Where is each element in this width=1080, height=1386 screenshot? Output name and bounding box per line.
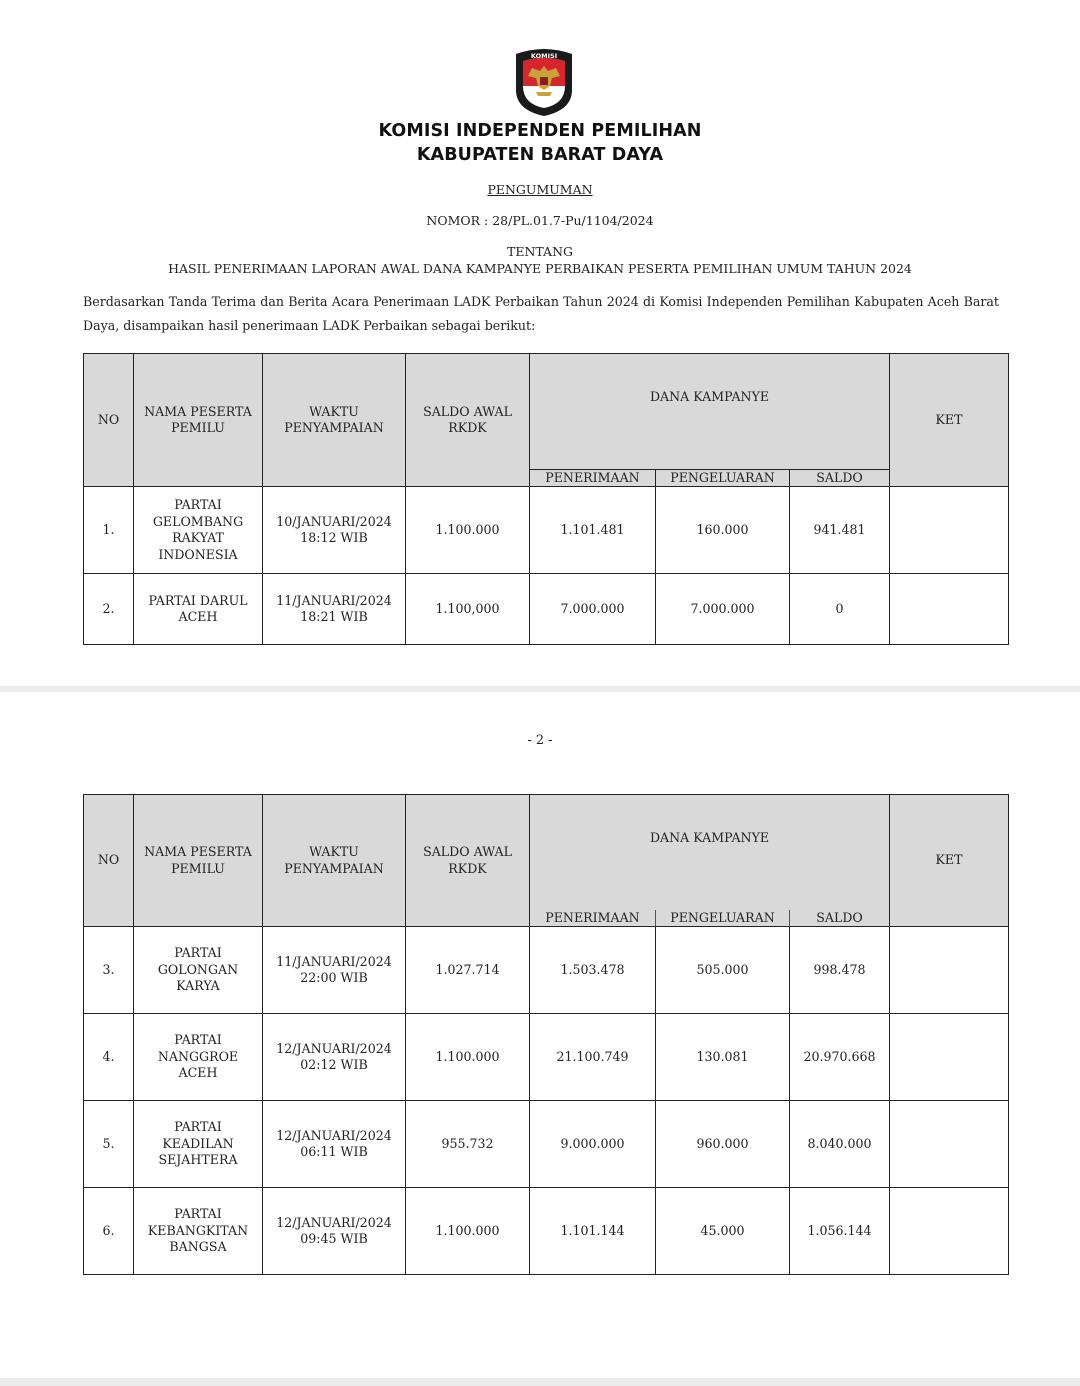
about-label: TENTANG (0, 244, 1080, 259)
cell-no: 6. (84, 1188, 134, 1275)
kip-logo-icon: KOMISI (510, 46, 578, 118)
cell-name: PARTAI GOLONGAN KARYA (134, 927, 263, 1014)
time-hour: 22:00 WIB (300, 970, 367, 985)
cell-name: PARTAI DARUL ACEH (134, 574, 263, 645)
header-notes: KET (890, 354, 1009, 487)
header-no: NO (84, 354, 134, 487)
time-date: 12/JANUARI/2024 (276, 1128, 392, 1143)
time-hour: 02:12 WIB (300, 1057, 367, 1072)
announcement-number: NOMOR : 28/PL.01.7-Pu/1104/2024 (0, 213, 1080, 228)
cell-no: 3. (84, 927, 134, 1014)
time-hour: 18:21 WIB (300, 609, 367, 624)
cell-receipts: 9.000.000 (530, 1101, 656, 1188)
table-row: 5. PARTAI KEADILAN SEJAHTERA 12/JANUARI/… (84, 1101, 1009, 1188)
time-hour: 18:12 WIB (300, 530, 367, 545)
cell-notes (890, 574, 1009, 645)
cell-name: PARTAI GELOMBANG RAKYAT INDONESIA (134, 487, 263, 574)
cell-time: 10/JANUARI/202418:12 WIB (263, 487, 406, 574)
header-balance: SALDO (790, 910, 890, 927)
cell-opening: 1.100.000 (406, 1014, 530, 1101)
cell-notes (890, 1014, 1009, 1101)
cell-opening: 1.100.000 (406, 487, 530, 574)
cell-balance: 998.478 (790, 927, 890, 1014)
cell-time: 12/JANUARI/202402:12 WIB (263, 1014, 406, 1101)
cell-notes (890, 1101, 1009, 1188)
header-name: NAMA PESERTA PEMILU (134, 354, 263, 487)
cell-balance: 1.056.144 (790, 1188, 890, 1275)
cell-no: 2. (84, 574, 134, 645)
time-date: 10/JANUARI/2024 (276, 514, 392, 529)
cell-opening: 1.100.000 (406, 1188, 530, 1275)
cell-opening: 1.027.714 (406, 927, 530, 1014)
cell-receipts: 7.000.000 (530, 574, 656, 645)
svg-text:KOMISI: KOMISI (531, 52, 557, 60)
time-date: 12/JANUARI/2024 (276, 1041, 392, 1056)
page-separator (0, 1378, 1080, 1386)
cell-time: 12/JANUARI/202409:45 WIB (263, 1188, 406, 1275)
page-number: - 2 - (0, 733, 1080, 748)
cell-expenses: 960.000 (656, 1101, 790, 1188)
time-hour: 06:11 WIB (300, 1144, 367, 1159)
cell-expenses: 7.000.000 (656, 574, 790, 645)
org-title-line1: KOMISI INDEPENDEN PEMILIHAN (0, 121, 1080, 141)
time-date: 12/JANUARI/2024 (276, 1215, 392, 1230)
table-row: 6. PARTAI KEBANGKITAN BANGSA 12/JANUARI/… (84, 1188, 1009, 1275)
cell-receipts: 1.503.478 (530, 927, 656, 1014)
table-row: 2. PARTAI DARUL ACEH 11/JANUARI/202418:2… (84, 574, 1009, 645)
cell-expenses: 45.000 (656, 1188, 790, 1275)
org-title-line2: KABUPATEN BARAT DAYA (0, 145, 1080, 165)
intro-paragraph: Berdasarkan Tanda Terima dan Berita Acar… (83, 290, 999, 338)
cell-expenses: 130.081 (656, 1014, 790, 1101)
cell-balance: 20.970.668 (790, 1014, 890, 1101)
cell-name: PARTAI NANGGROE ACEH (134, 1014, 263, 1101)
time-date: 11/JANUARI/2024 (276, 593, 392, 608)
cell-opening: 955.732 (406, 1101, 530, 1188)
cell-no: 4. (84, 1014, 134, 1101)
cell-balance: 941.481 (790, 487, 890, 574)
cell-receipts: 21.100.749 (530, 1014, 656, 1101)
cell-balance: 8.040.000 (790, 1101, 890, 1188)
header-receipts: PENERIMAAN (530, 470, 656, 487)
header-expenses: PENGELUARAN (656, 470, 790, 487)
cell-notes (890, 1188, 1009, 1275)
time-hour: 09:45 WIB (300, 1231, 367, 1246)
cell-balance: 0 (790, 574, 890, 645)
cell-notes (890, 487, 1009, 574)
cell-notes (890, 927, 1009, 1014)
table-row: 1. PARTAI GELOMBANG RAKYAT INDONESIA 10/… (84, 487, 1009, 574)
cell-name: PARTAI KEBANGKITAN BANGSA (134, 1188, 263, 1275)
header-opening-balance: SALDO AWAL RKDK (406, 795, 530, 927)
cell-no: 1. (84, 487, 134, 574)
announcement-subject: HASIL PENERIMAAN LAPORAN AWAL DANA KAMPA… (0, 261, 1080, 276)
header-time: WAKTU PENYAMPAIAN (263, 354, 406, 487)
header-expenses: PENGELUARAN (656, 910, 790, 927)
header-receipts: PENERIMAAN (530, 910, 656, 927)
table-row: 3. PARTAI GOLONGAN KARYA 11/JANUARI/2024… (84, 927, 1009, 1014)
header-time: WAKTU PENYAMPAIAN (263, 795, 406, 927)
cell-receipts: 1.101.481 (530, 487, 656, 574)
cell-expenses: 160.000 (656, 487, 790, 574)
cell-receipts: 1.101.144 (530, 1188, 656, 1275)
cell-time: 11/JANUARI/202422:00 WIB (263, 927, 406, 1014)
cell-time: 12/JANUARI/202406:11 WIB (263, 1101, 406, 1188)
campaign-fund-table-page2: NO NAMA PESERTA PEMILU WAKTU PENYAMPAIAN… (83, 794, 1009, 1275)
header-opening-balance: SALDO AWAL RKDK (406, 354, 530, 487)
cell-time: 11/JANUARI/202418:21 WIB (263, 574, 406, 645)
cell-no: 5. (84, 1101, 134, 1188)
header-notes: KET (890, 795, 1009, 927)
campaign-fund-table-page1: NO NAMA PESERTA PEMILU WAKTU PENYAMPAIAN… (83, 353, 1009, 645)
document-page-1: KOMISI KOMISI INDEPENDEN PEMILIHAN KABUP… (0, 0, 1080, 686)
header-name: NAMA PESERTA PEMILU (134, 795, 263, 927)
table-row: 4. PARTAI NANGGROE ACEH 12/JANUARI/20240… (84, 1014, 1009, 1101)
cell-name: PARTAI KEADILAN SEJAHTERA (134, 1101, 263, 1188)
announcement-label: PENGUMUMAN (0, 182, 1080, 197)
header-balance: SALDO (790, 470, 890, 487)
header-no: NO (84, 795, 134, 927)
cell-expenses: 505.000 (656, 927, 790, 1014)
time-date: 11/JANUARI/2024 (276, 954, 392, 969)
header-campaign-funds: DANA KAMPANYE (530, 795, 890, 911)
header-campaign-funds: DANA KAMPANYE (530, 354, 890, 470)
cell-opening: 1.100,000 (406, 574, 530, 645)
